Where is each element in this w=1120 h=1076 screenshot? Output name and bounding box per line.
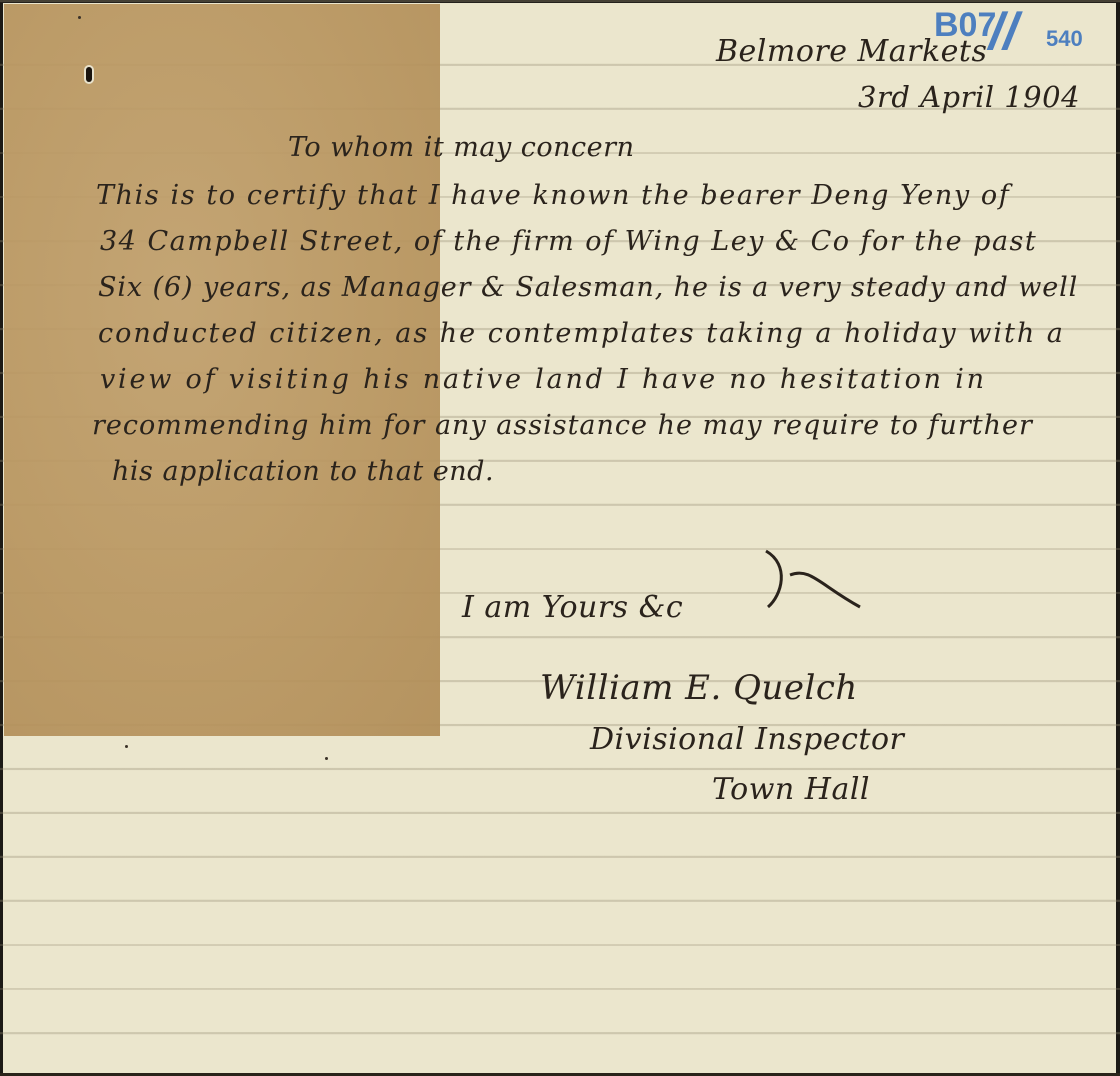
body-line-4: conducted citizen, as he contemplates ta… xyxy=(98,318,1065,349)
closing-flourish xyxy=(760,545,870,615)
letter-date: 3rd April 1904 xyxy=(858,80,1080,114)
ink-speck xyxy=(78,16,81,19)
body-line-2: 34 Campbell Street, of the firm of Wing … xyxy=(100,226,1037,257)
archive-stamp-number: 540 xyxy=(1046,26,1083,52)
signature-title: Divisional Inspector xyxy=(590,722,904,757)
ink-speck xyxy=(325,757,328,760)
body-line-3: Six (6) years, as Manager & Salesman, he… xyxy=(98,272,1078,303)
signature-name: William E. Quelch xyxy=(540,668,858,708)
body-line-7: his application to that end. xyxy=(112,456,494,487)
body-line-1: This is to certify that I have known the… xyxy=(96,180,1010,211)
letter-place: Belmore Markets xyxy=(716,34,987,69)
signature-office: Town Hall xyxy=(712,772,870,807)
body-line-6: recommending him for any assistance he m… xyxy=(92,410,1033,441)
salutation: To whom it may concern xyxy=(288,132,634,163)
body-line-5: view of visiting his native land I have … xyxy=(100,364,987,395)
ink-speck xyxy=(125,745,128,748)
closing: I am Yours &c xyxy=(462,590,683,625)
letter-page: B07 // 540 Belmore Markets 3rd April 190… xyxy=(0,0,1120,1076)
punch-hole xyxy=(86,67,92,82)
